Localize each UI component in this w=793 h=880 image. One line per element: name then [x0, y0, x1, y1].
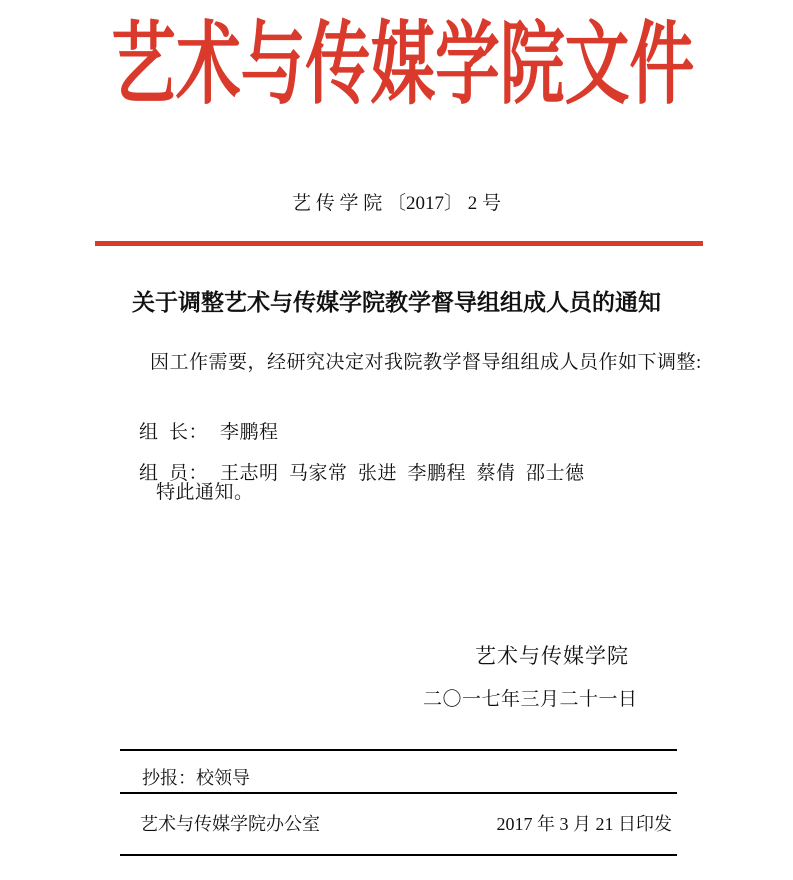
document-page: 艺术与传媒学院文件 艺 传 学 院 〔2017〕 2 号 关于调整艺术与传媒学院…: [0, 0, 793, 880]
footer-copy-to: 抄报：校领导: [142, 764, 250, 790]
red-divider-line: [95, 241, 703, 246]
notice-closing: 特此通知。: [156, 477, 254, 504]
footer-divider-top: [120, 749, 677, 751]
notice-intro-paragraph: 因工作需要，经研究决定对我院教学督导组组成人员作如下调整:: [150, 347, 702, 374]
group-members-names: 王志明 马家常 张进 李鹏程 蔡倩 邵士德: [220, 463, 585, 484]
footer-issuer-row: 艺术与传媒学院办公室 2017 年 3 月 21 日印发: [140, 810, 672, 836]
footer-divider-middle: [120, 792, 677, 794]
footer-issuer-office: 艺术与传媒学院办公室: [140, 810, 320, 836]
notice-title: 关于调整艺术与传媒学院教学督导组组成人员的通知: [0, 284, 793, 317]
footer-print-date: 2017 年 3 月 21 日印发: [497, 810, 673, 836]
red-header-title: 艺术与传媒学院文件: [111, 16, 682, 116]
document-number: 艺 传 学 院 〔2017〕 2 号: [0, 188, 793, 215]
signature-date: 二〇一七年三月二十一日: [423, 684, 638, 711]
signature-organization: 艺术与传媒学院: [475, 640, 629, 670]
footer-divider-bottom: [120, 854, 677, 856]
